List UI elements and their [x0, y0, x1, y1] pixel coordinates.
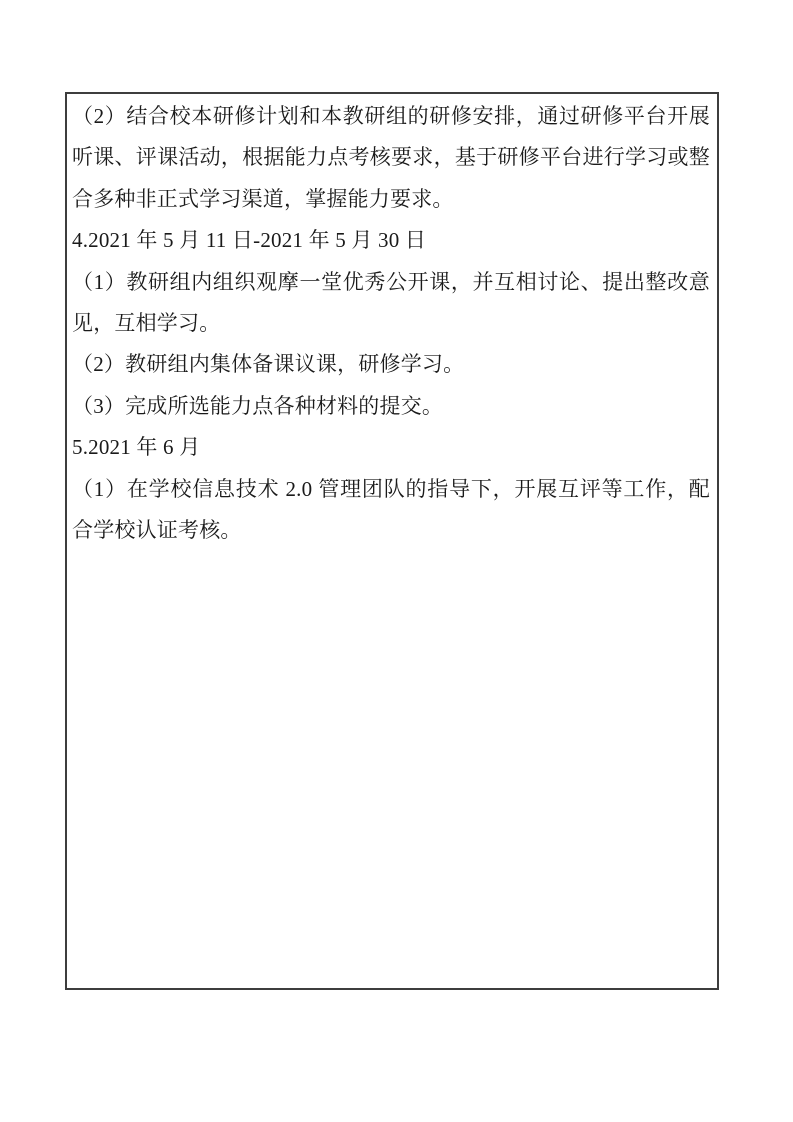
- table-cell-research-plan: （2）结合校本研修计划和本教研组的研修安排，通过研修平台开展听课、评课活动，根据…: [65, 92, 719, 990]
- paragraph: （2）结合校本研修计划和本教研组的研修安排，通过研修平台开展听课、评课活动，根据…: [72, 96, 710, 220]
- paragraph: （2）教研组内集体备课议课，研修学习。: [72, 344, 710, 385]
- paragraph: 5.2021 年 6 月: [72, 427, 710, 468]
- paragraph: 4.2021 年 5 月 11 日-2021 年 5 月 30 日: [72, 220, 710, 261]
- document-page: （2）结合校本研修计划和本教研组的研修安排，通过研修平台开展听课、评课活动，根据…: [0, 0, 793, 1122]
- paragraph: （3）完成所选能力点各种材料的提交。: [72, 386, 710, 427]
- paragraph: （1）在学校信息技术 2.0 管理团队的指导下，开展互评等工作，配合学校认证考核…: [72, 469, 710, 552]
- paragraph: （1）教研组内组织观摩一堂优秀公开课，并互相讨论、提出整改意见，互相学习。: [72, 262, 710, 345]
